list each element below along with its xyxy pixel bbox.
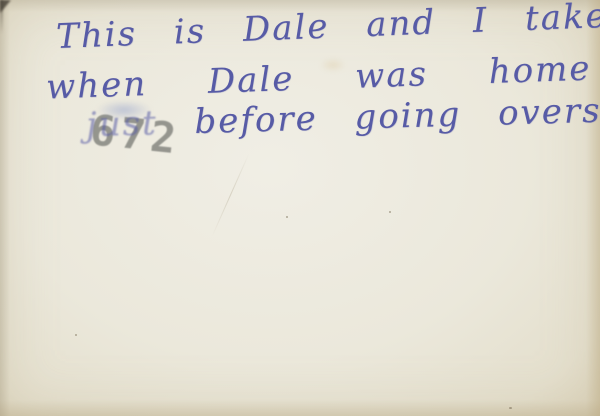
paper-speck	[389, 211, 391, 213]
paper-crease	[212, 154, 250, 237]
photo-back-paper: This is Dale and I taken when Dale was h…	[0, 0, 600, 416]
torn-corner-edge-shadow	[0, 0, 3, 34]
paper-speck	[286, 216, 288, 218]
handwriting-line-1: This is Dale and I taken	[55, 0, 600, 57]
paper-speck	[75, 334, 77, 336]
paper-speck	[509, 407, 512, 409]
ink-smudge	[96, 100, 152, 120]
